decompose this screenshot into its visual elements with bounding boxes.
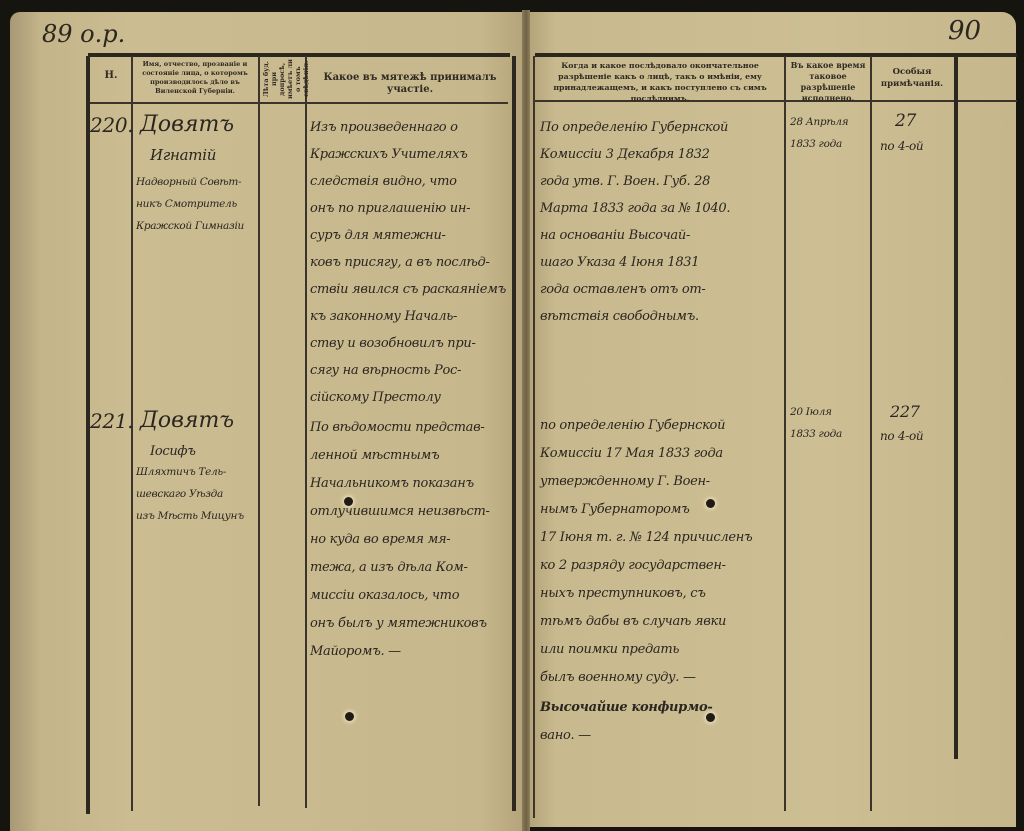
- col-rule-location: [305, 56, 307, 808]
- header-resolution: Когда и какое послѣдовало окончательное …: [537, 60, 783, 104]
- header-participation: Какое въ мятежѣ принималъ участіе.: [310, 72, 510, 96]
- binding-hole: [706, 499, 715, 508]
- entry-number: 220.: [90, 112, 133, 138]
- entry-surname: Довятъ: [140, 112, 234, 138]
- left-top-rule: [88, 53, 510, 57]
- entry-given-name: Игнатій: [150, 142, 216, 169]
- book-spine: [522, 10, 530, 831]
- col-rule-executed: [870, 56, 872, 811]
- left-outer-rule: [86, 56, 90, 814]
- left-folio-number: 89 о.р.: [42, 20, 125, 48]
- header-executed: Въ какое время таковое разрѣшеніе исполн…: [787, 60, 869, 104]
- right-folio-number: 90: [948, 16, 981, 46]
- entry-surname: Довятъ: [140, 408, 234, 434]
- col-rule-resolution: [784, 56, 786, 811]
- binding-hole: [344, 497, 353, 506]
- right-outer-rule: [954, 56, 958, 759]
- header-location: Лѣта буд. при допросѣ, имѣетъ ли о томъ …: [262, 58, 302, 100]
- binding-hole: [345, 712, 354, 721]
- binding-hole: [706, 713, 715, 722]
- header-notes: Особыя примѣчанія.: [872, 66, 952, 90]
- right-inner-rule: [533, 56, 535, 818]
- left-header-bottom-rule: [88, 102, 508, 104]
- entry-given-name: Іосифъ: [150, 438, 196, 465]
- right-top-rule: [535, 53, 1017, 57]
- header-number: Н.: [94, 70, 128, 82]
- header-person: Имя, отчество, прозваніе и состояніе лиц…: [134, 60, 256, 96]
- col-rule-person: [258, 56, 260, 806]
- entry-number: 221.: [90, 408, 133, 434]
- left-inner-rule: [512, 56, 516, 811]
